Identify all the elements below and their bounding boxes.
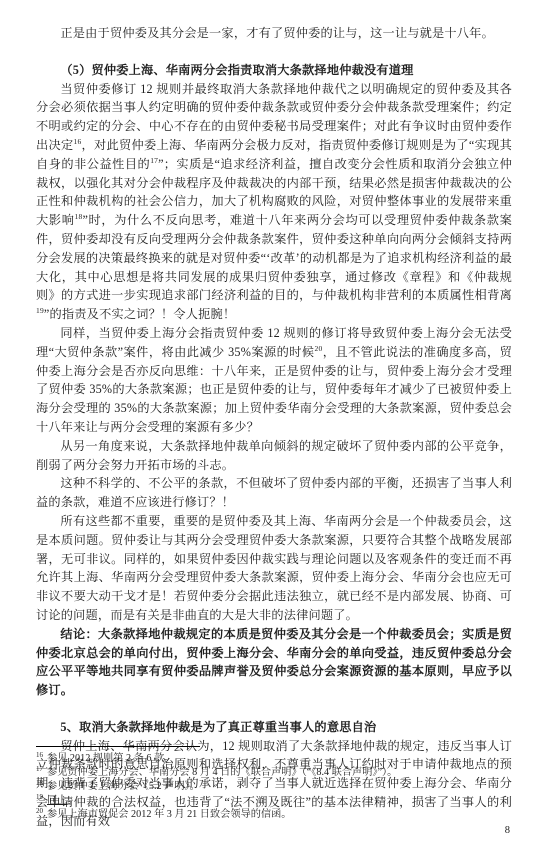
page-number: 8 (505, 825, 510, 836)
text-run: 参见贸仲委上海分会、华南分会 8 月 4 日的《联合声明》（“《8.4 联合声明… (47, 767, 397, 778)
text-run: 这种不科学的、不公平的条款，不但破坏了贸仲委内部的平衡，还损害了当事人利益的条款… (36, 476, 512, 509)
footnote-number: 19 (36, 793, 43, 801)
body-paragraph-1: 当贸仲委修订 12 规则并最终取消大条款择地仲裁代之以明确规定的贸仲委及其各分会… (36, 80, 512, 324)
intro-paragraph: 正是由于贸仲委及其分会是一家，才有了贸仲委的让与，这一让与就是十八年。 (36, 24, 512, 43)
text-run: 5、取消大条款择地仲裁是为了真正尊重当事人的意思自治 (60, 720, 376, 734)
body-paragraph-4: 这种不科学的、不公平的条款，不但破坏了贸仲委内部的平衡，还损害了当事人利益的条款… (36, 474, 512, 512)
section-heading-5: （5）贸仲委上海、华南两分会指责取消大条款择地仲裁没有道理 (36, 61, 512, 80)
footnote-number: 18 (36, 779, 43, 787)
body-paragraph-3: 从另一角度来说，大条款择地仲裁单向倾斜的规定破坏了贸仲委内部的公平竞争，削弱了两… (36, 437, 512, 475)
text-run: 。 (67, 795, 77, 806)
footnote-ref: 17 (150, 156, 158, 165)
footnote-number: 17 (36, 765, 43, 773)
footnote-item: 19同上。 (36, 794, 512, 808)
footnote-number: 20 (36, 807, 43, 815)
footnote-separator-rule (36, 746, 200, 747)
text-run: 正是由于贸仲委及其分会是一家，才有了贸仲委的让与，这一让与就是十八年。 (60, 26, 494, 40)
text-run: （5）贸仲委上海、华南两分会指责取消大条款择地仲裁没有道理 (60, 63, 413, 77)
text-run: ”时，为什么不反向思考，难道十八年来两分会均可以受理贸仲委仲裁条款案件，贸仲委却… (36, 213, 512, 302)
footnote-item: 17参见贸仲委上海分会、华南分会 8 月 4 日的《联合声明》（“《8.4 联合… (36, 766, 512, 780)
document-body: 正是由于贸仲委及其分会是一家，才有了贸仲委的让与，这一让与就是十八年。（5）贸仲… (36, 24, 512, 831)
text-run: 参见上海市贸促会 2012 年 3 月 21 日致会领导的信函。 (47, 809, 292, 820)
footnote-number: 16 (36, 751, 43, 759)
footnote-item: 20参见上海市贸促会 2012 年 3 月 21 日致会领导的信函。 (36, 808, 512, 822)
text-run: 所有这些都不重要，重要的是贸仲委及其上海、华南两分会是一个仲裁委员会，这是本质问… (36, 514, 512, 622)
text-run: 结论：大条款择地仲裁规定的本质是贸仲委及其分会是一个仲裁委员会；实质是贸仲委北京… (36, 627, 512, 697)
footnote-list: 16参见 2012 规则第 2 条 6 款。17参见贸仲委上海分会、华南分会 8… (36, 752, 512, 822)
body-paragraph-2: 同样，当贸仲委上海分会指责贸仲委 12 规则的修订将导致贸仲委上海分会无法受理“… (36, 324, 512, 437)
conclusion-paragraph: 结论：大条款择地仲裁规定的本质是贸仲委及其分会是一个仲裁委员会；实质是贸仲委北京… (36, 625, 512, 700)
text-run: 从另一角度来说，大条款择地仲裁单向倾斜的规定破坏了贸仲委内部的公平竞争，削弱了两… (36, 439, 512, 472)
footnote-item: 16参见 2012 规则第 2 条 6 款。 (36, 752, 512, 766)
document-page: 正是由于贸仲委及其分会是一家，才有了贸仲委的让与，这一让与就是十八年。（5）贸仲… (0, 0, 548, 860)
footnote-item: 18参见贸仲委上海分会《5.2 声明》。 (36, 780, 512, 794)
text-run: 参见 2012 规则第 2 条 6 款。 (47, 753, 174, 764)
section-heading-5-2: 5、取消大条款择地仲裁是为了真正尊重当事人的意思自治 (36, 718, 512, 737)
footnote-section: 16参见 2012 规则第 2 条 6 款。17参见贸仲委上海分会、华南分会 8… (36, 746, 512, 822)
footnote-ref: 19 (36, 306, 44, 315)
body-paragraph-5: 所有这些都不重要，重要的是贸仲委及其上海、华南两分会是一个仲裁委员会，这是本质问… (36, 512, 512, 625)
text-run: ”的指责及不实之词？！令人扼腕！ (44, 307, 235, 321)
text-run: 同上 (47, 795, 67, 806)
text-run: 参见贸仲委上海分会《5.2 声明》。 (47, 781, 200, 792)
